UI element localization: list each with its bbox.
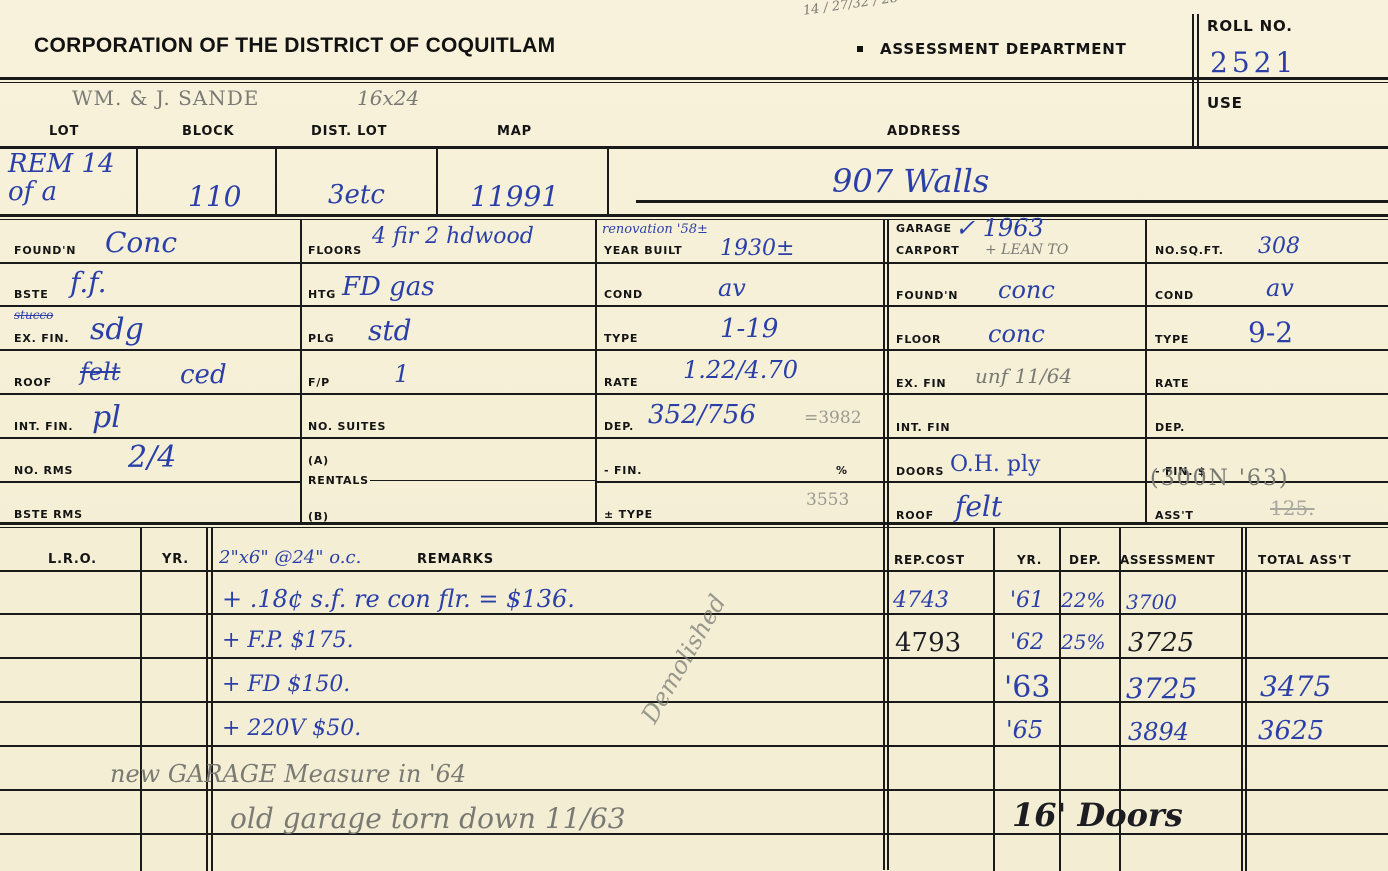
divider: [1192, 14, 1194, 148]
carport-label: CARPORT: [896, 244, 960, 257]
remark-line[interactable]: new GARAGE Measure in '64: [110, 760, 466, 788]
use-label: USE: [1207, 94, 1243, 112]
garage-type-value[interactable]: 9-2: [1248, 316, 1293, 349]
garage-cond-label: COND: [1155, 289, 1194, 302]
address-label: ADDRESS: [887, 124, 961, 139]
divider: [1197, 14, 1199, 148]
no-suites-label: NO. SUITES: [308, 420, 386, 433]
divider: [0, 219, 1388, 220]
total-asst-cell[interactable]: 3625: [1258, 716, 1324, 746]
divider: [0, 393, 1388, 395]
garage-roof-value[interactable]: felt: [955, 490, 1002, 523]
floors-label: FLOORS: [308, 244, 362, 257]
plus-minus-type-label: ± TYPE: [604, 508, 653, 521]
dep-value[interactable]: 352/756: [648, 400, 756, 430]
doors-note[interactable]: 16' Doors: [1012, 796, 1183, 834]
garage-value[interactable]: ✓ 1963: [955, 214, 1044, 242]
assessment-header: ASSESSMENT: [1120, 553, 1215, 567]
rate-label: RATE: [604, 376, 638, 389]
block-value[interactable]: 110: [188, 180, 241, 213]
year-built-label: YEAR BUILT: [604, 244, 682, 257]
remark-line[interactable]: + 220V $50.: [222, 716, 361, 741]
no-rms-label: NO. RMS: [14, 464, 73, 477]
card-title: CORPORATION OF THE DISTRICT OF COQUITLAM: [34, 34, 555, 58]
rep-cost-cell[interactable]: 4743: [893, 588, 949, 613]
divider: [0, 214, 1388, 217]
garage-label: GARAGE: [896, 222, 952, 235]
dep-col-header: DEP.: [1069, 553, 1102, 567]
floors-value[interactable]: 4 fir 2 hdwood: [372, 224, 534, 249]
divider: [300, 220, 302, 524]
bste-value[interactable]: f.f.: [70, 266, 107, 299]
rep-cost-cell[interactable]: 4793: [895, 628, 961, 658]
divider: [0, 262, 1388, 264]
roll-no-label: ROLL NO.: [1207, 17, 1293, 35]
year-built-value[interactable]: 1930±: [720, 236, 794, 261]
plg-value[interactable]: std: [368, 314, 412, 347]
garage-ex-fin-value[interactable]: unf 11/64: [975, 364, 1072, 388]
garage-found-label: FOUND'N: [896, 289, 958, 302]
garage-int-fin-label: INT. FIN: [896, 421, 950, 434]
garage-cond-value[interactable]: av: [1266, 274, 1294, 302]
assessment-cell[interactable]: 3725: [1126, 672, 1197, 705]
divider: [136, 148, 138, 216]
dep-label: DEP.: [604, 420, 634, 433]
divider: [0, 789, 1388, 791]
rentals-b-label: (B): [308, 510, 329, 523]
carport-value[interactable]: + LEAN TO: [985, 242, 1068, 258]
lro-header: L.R.O.: [48, 552, 97, 567]
htg-label: HTG: [308, 288, 336, 301]
divider: [211, 528, 213, 871]
dep-cell[interactable]: 25%: [1061, 630, 1105, 654]
rentals-label: RENTALS: [308, 474, 369, 487]
divider: [0, 437, 1388, 439]
fp-label: F/P: [308, 376, 330, 389]
garage-doors-value[interactable]: O.H. ply: [950, 452, 1040, 477]
yr-cell[interactable]: '63: [1004, 670, 1050, 705]
garage-doors-label: DOORS: [896, 465, 944, 478]
cond-value[interactable]: av: [718, 274, 746, 302]
margin-note: 14 / 27/32 / 28: [802, 0, 844, 19]
rate-value[interactable]: 1.22/4.70: [683, 356, 798, 384]
yr-cell[interactable]: '61: [1010, 588, 1044, 613]
divider: [275, 148, 277, 216]
divider: [1145, 220, 1147, 524]
map-label: MAP: [497, 124, 532, 139]
garage-found-value[interactable]: conc: [998, 276, 1055, 304]
int-fin-value[interactable]: pl: [92, 400, 121, 435]
divider: [0, 305, 1388, 307]
minus-fin-percent: %: [836, 464, 848, 477]
found-value[interactable]: Conc: [105, 226, 177, 259]
dist-lot-label: DIST. LOT: [311, 124, 387, 139]
bullet-dot: [857, 46, 863, 52]
remark-line[interactable]: + .18¢ s.f. re con flr. = $136.: [222, 585, 575, 613]
total-asst-cell[interactable]: 3475: [1260, 670, 1331, 703]
sq-ft-label: NO.SQ.FT.: [1155, 244, 1224, 257]
ex-fin-struck: stucco: [14, 308, 53, 322]
divider: [993, 528, 995, 871]
int-fin-label: INT. FIN.: [14, 420, 73, 433]
divider: [0, 570, 1388, 572]
garage-ex-fin-label: EX. FIN: [896, 377, 946, 390]
type-label: TYPE: [604, 332, 638, 345]
owner-dimensions[interactable]: 16x24: [357, 86, 419, 110]
owner-name[interactable]: WM. & J. SANDE: [72, 86, 259, 110]
divider: [0, 481, 300, 483]
dist-lot-value[interactable]: 3etc: [328, 180, 385, 210]
divider: [140, 528, 142, 871]
divider: [0, 146, 1388, 149]
garage-floor-value[interactable]: conc: [988, 320, 1045, 348]
divider: [1241, 528, 1243, 871]
map-value[interactable]: 11991: [470, 180, 559, 213]
divider: [206, 528, 208, 871]
divider: [436, 148, 438, 216]
yr-col-header: YR.: [1017, 553, 1042, 567]
garage-asst-value[interactable]: 125.: [1270, 496, 1315, 520]
assessment-cell[interactable]: 3894: [1128, 718, 1189, 746]
address-line: [636, 200, 1388, 203]
rentals-line: [370, 480, 595, 481]
assessment-card: CORPORATION OF THE DISTRICT OF COQUITLAM…: [0, 0, 1388, 871]
minus-fin-label: - FIN.: [604, 464, 642, 477]
divider: [887, 220, 889, 870]
found-label: FOUND'N: [14, 244, 76, 257]
ex-fin-label: EX. FIN.: [14, 332, 69, 345]
bste-label: BSTE: [14, 288, 49, 301]
divider: [0, 527, 1388, 528]
department-label: ASSESSMENT DEPARTMENT: [880, 40, 1127, 58]
remarks-prefix[interactable]: 2"x6" @24" o.c.: [219, 547, 361, 568]
renovation-note: renovation '58±: [602, 222, 708, 237]
roof-label: ROOF: [14, 376, 52, 389]
garage-minus-fin-value[interactable]: (300N '63): [1150, 466, 1289, 491]
assessment-cell[interactable]: 3725: [1128, 628, 1194, 658]
roll-no-value[interactable]: 2521: [1210, 46, 1297, 79]
yr-cell[interactable]: '65: [1006, 716, 1043, 744]
divider: [595, 220, 597, 524]
divider: [0, 349, 1388, 351]
address-value[interactable]: 907 Walls: [832, 162, 989, 200]
garage-dep-label: DEP.: [1155, 421, 1185, 434]
ex-fin-value[interactable]: sdg: [90, 312, 144, 347]
fp-value[interactable]: 1: [394, 360, 409, 388]
divider: [0, 522, 1388, 525]
garage-rate-label: RATE: [1155, 377, 1189, 390]
divider: [883, 220, 885, 870]
lot-label: LOT: [49, 124, 79, 139]
divider: [0, 77, 1388, 80]
yr-header: YR.: [162, 552, 189, 567]
divider: [0, 82, 1388, 83]
block-label: BLOCK: [182, 124, 234, 139]
assessment-cell[interactable]: 3700: [1126, 590, 1177, 614]
cond-label: COND: [604, 288, 643, 301]
dep-cell[interactable]: 22%: [1061, 588, 1105, 612]
plg-label: PLG: [308, 332, 335, 345]
garage-asst-label: ASS'T: [1155, 509, 1194, 522]
htg-value[interactable]: FD gas: [342, 272, 435, 302]
remark-line[interactable]: old garage torn down 11/63: [230, 802, 626, 835]
dep-note: =3982: [804, 408, 862, 428]
remarks-header: REMARKS: [417, 552, 494, 567]
sq-ft-value[interactable]: 308: [1258, 234, 1300, 259]
type-value[interactable]: 1-19: [720, 314, 778, 344]
remark-line[interactable]: + F.P. $175.: [222, 628, 354, 653]
remark-line[interactable]: + FD $150.: [222, 672, 350, 697]
lot-value[interactable]: REM 14 of a: [8, 150, 128, 206]
rep-cost-header: REP.COST: [894, 553, 965, 567]
bste-rms-label: BSTE RMS: [14, 508, 83, 521]
rentals-a-label: (A): [308, 454, 329, 467]
divider: [1245, 528, 1247, 871]
divider: [607, 148, 609, 216]
no-rms-value[interactable]: 2/4: [128, 440, 176, 475]
roof-struck: felt: [80, 358, 120, 386]
type-note: 3553: [806, 490, 849, 510]
garage-floor-label: FLOOR: [896, 333, 941, 346]
garage-roof-label: ROOF: [896, 509, 934, 522]
yr-cell[interactable]: '62: [1010, 630, 1044, 655]
roof-value[interactable]: ced: [180, 360, 227, 390]
garage-type-label: TYPE: [1155, 333, 1189, 346]
total-asst-header: TOTAL ASS'T: [1258, 553, 1351, 567]
